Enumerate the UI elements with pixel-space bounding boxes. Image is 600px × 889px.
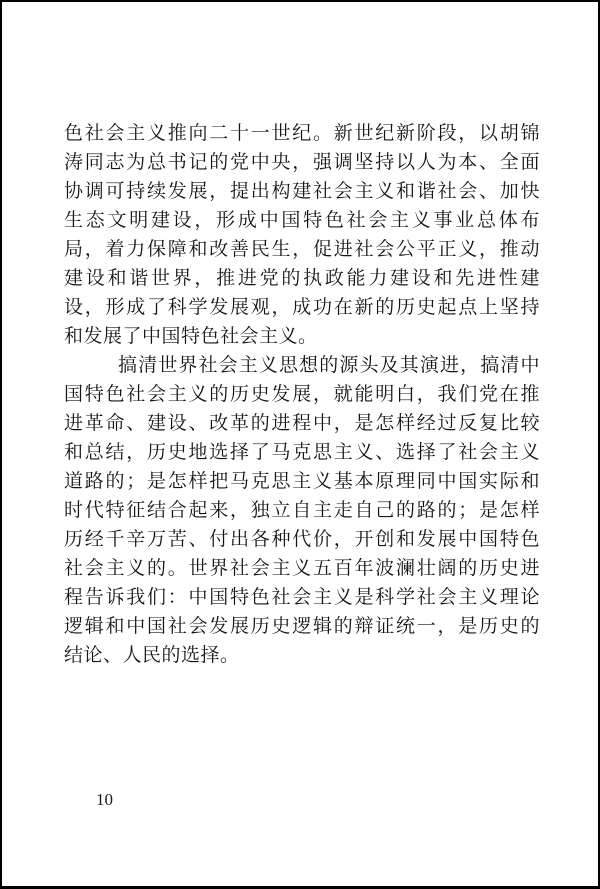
paragraph-2: 搞清世界社会主义思想的源头及其演进，搞清中 国特色社会主义的历史发展，就能明白，… xyxy=(64,351,540,670)
text-line: 色社会主义推向二十一世纪。新世纪新阶段，以胡锦 xyxy=(64,119,540,148)
text-line: 涛同志为总书记的党中央，强调坚持以人为本、全面 xyxy=(64,148,540,177)
text-line: 搞清世界社会主义思想的源头及其演进，搞清中 xyxy=(64,351,540,380)
text-line: 程告诉我们：中国特色社会主义是科学社会主义理论 xyxy=(64,583,540,612)
paragraph-1: 色社会主义推向二十一世纪。新世纪新阶段，以胡锦 涛同志为总书记的党中央，强调坚持… xyxy=(64,119,540,351)
text-line: 国特色社会主义的历史发展，就能明白，我们党在推 xyxy=(64,380,540,409)
text-line: 和总结，历史地选择了马克思主义、选择了社会主义 xyxy=(64,438,540,467)
text-line: 协调可持续发展，提出构建社会主义和谐社会、加快 xyxy=(64,177,540,206)
text-line: 建设和谐世界，推进党的执政能力建设和先进性建 xyxy=(64,264,540,293)
text-line: 结论、人民的选择。 xyxy=(64,641,540,670)
body-text: 色社会主义推向二十一世纪。新世纪新阶段，以胡锦 涛同志为总书记的党中央，强调坚持… xyxy=(64,119,540,670)
text-line: 历经千辛万苦、付出各种代价，开创和发展中国特色 xyxy=(64,525,540,554)
text-line: 和发展了中国特色社会主义。 xyxy=(64,322,540,351)
book-page: 色社会主义推向二十一世纪。新世纪新阶段，以胡锦 涛同志为总书记的党中央，强调坚持… xyxy=(0,0,600,889)
text-line: 社会主义的。世界社会主义五百年波澜壮阔的历史进 xyxy=(64,554,540,583)
text-line: 时代特征结合起来，独立自主走自己的路的；是怎样 xyxy=(64,496,540,525)
text-line: 道路的；是怎样把马克思主义基本原理同中国实际和 xyxy=(64,467,540,496)
text-line: 局，着力保障和改善民生，促进社会公平正义，推动 xyxy=(64,235,540,264)
text-line: 生态文明建设，形成中国特色社会主义事业总体布 xyxy=(64,206,540,235)
text-line: 进革命、建设、改革的进程中，是怎样经过反复比较 xyxy=(64,409,540,438)
page-number: 10 xyxy=(96,791,113,808)
text-line: 逻辑和中国社会发展历史逻辑的辩证统一，是历史的 xyxy=(64,612,540,641)
text-line: 设，形成了科学发展观，成功在新的历史起点上坚持 xyxy=(64,293,540,322)
